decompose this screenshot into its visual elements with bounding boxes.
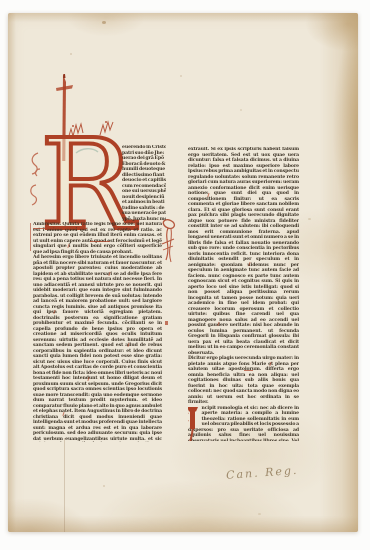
- foxing-spot: [102, 21, 106, 24]
- right-paragraph-2: Dicitur ergo plagis uerecunda uirgo mate…: [188, 356, 299, 406]
- left-column-main: Ambrosius. Quinta ratio legis fegne scõe…: [33, 222, 162, 442]
- foxing-spot: [240, 109, 242, 111]
- manuscript-leaf: R euerendo in Cristo patri suo dño Jhe: …: [8, 13, 358, 532]
- foxing-spot: [258, 513, 261, 515]
- crease-line: [64, 438, 65, 532]
- right-paragraph-1: extrauit. Si ex ipsis scripturis habent …: [188, 147, 299, 356]
- foxing-spot: [180, 75, 182, 77]
- left-column-intro: euerendo in Cristo patri suo dño Jhe: ue…: [122, 145, 166, 223]
- red-margin-stroke: [30, 223, 31, 251]
- foxing-spot: [103, 485, 105, 487]
- right-paragraph-3: I ncipit romologia et sic: nec ab dicere…: [188, 406, 299, 442]
- gutter-flourish: [158, 216, 180, 264]
- foxing-spot: [308, 218, 311, 220]
- lombard-initial-I: I: [188, 406, 200, 428]
- leaf-flourish: [31, 153, 40, 205]
- left-paragraph-2: Ad heresim ergo libere triuisate et ince…: [33, 255, 162, 442]
- red-underline: [90, 241, 110, 242]
- right-paragraph-3-text: ncipit romologia et sic: nec ab dicere i…: [188, 406, 299, 442]
- foxing-spot: [70, 53, 72, 55]
- red-underline: [33, 228, 87, 229]
- ownership-inscription: Can. Reg.: [226, 461, 337, 482]
- right-column: extrauit. Si ex ipsis scripturis habent …: [188, 147, 299, 441]
- red-paragraph-mark: [165, 321, 168, 325]
- red-underline: [244, 370, 253, 371]
